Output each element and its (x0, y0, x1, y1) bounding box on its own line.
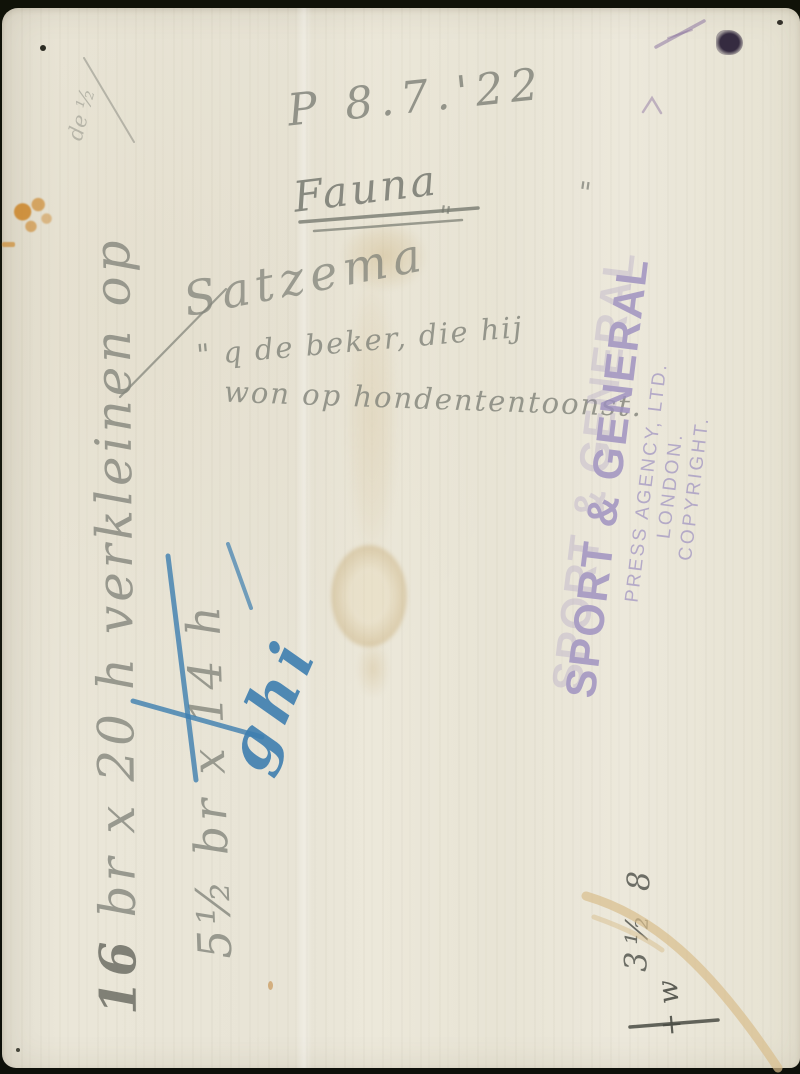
photo-backdrop: P 8.7.'22 Fauna " " Satzema " q de beker… (0, 0, 800, 1074)
size-note-rest-part: br x 20 h verkleinen op (83, 236, 147, 937)
dark-speck-bottom-left (16, 1048, 20, 1052)
rust-stain-dash (2, 242, 15, 247)
corner-check-mark: + w (649, 961, 697, 1054)
size-note-original: 16 br x 20 h verkleinen op (81, 135, 159, 1016)
dark-dot-top-right (777, 20, 783, 25)
ink-blob (716, 30, 743, 55)
rust-stain-cluster (6, 190, 58, 242)
dark-dot-top-left (40, 45, 46, 51)
size-note-bold-part: 16 (88, 937, 148, 1015)
water-stain-column (346, 270, 398, 562)
rust-speck (268, 981, 273, 990)
